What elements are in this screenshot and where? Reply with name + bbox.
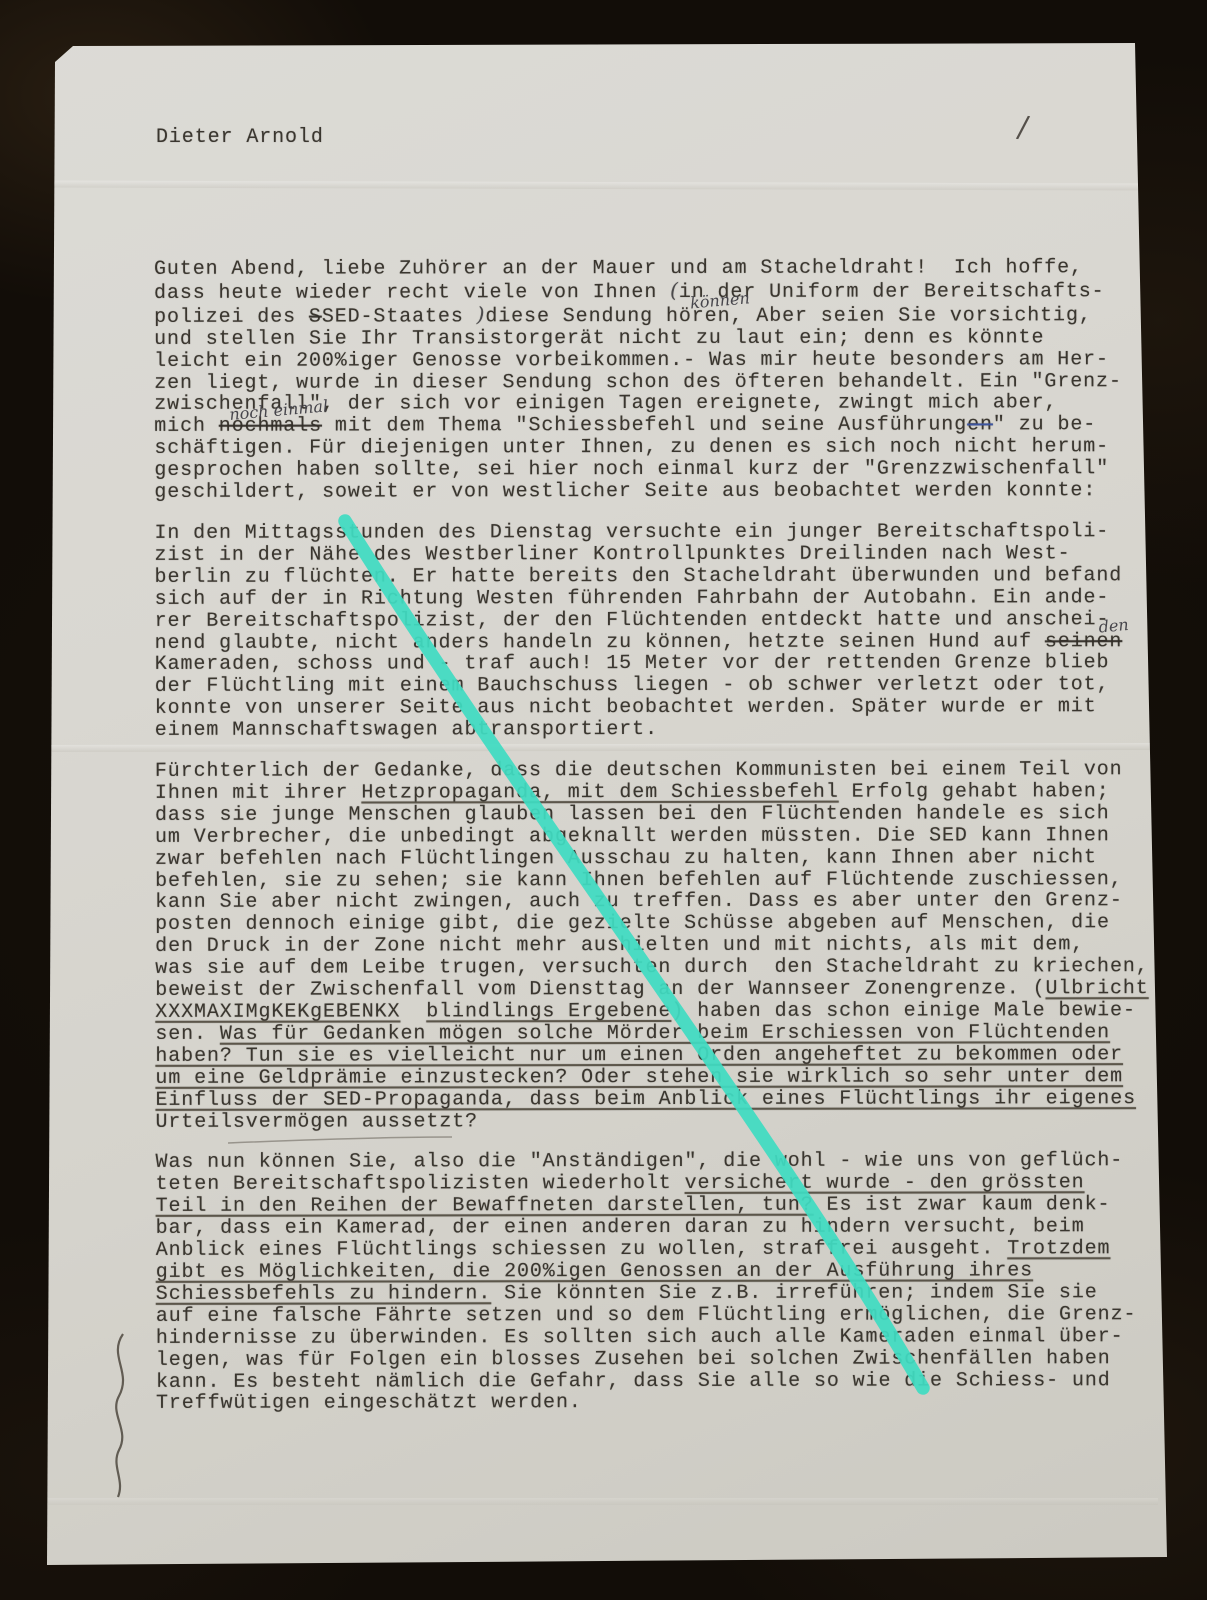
typed-segment: leicht ein 200%iger Genosse vorbeikommen… <box>154 348 1109 373</box>
typed-segment: en <box>967 414 993 437</box>
typed-segment: dass sie junge Menschen glauben lassen b… <box>155 802 1110 827</box>
typed-line: leicht ein 200%iger Genosse vorbeikommen… <box>154 349 1147 373</box>
typed-segment: sen. <box>155 1023 220 1046</box>
typed-line: Schiessbefehls zu hindern. Sie könnten S… <box>156 1282 1149 1306</box>
typed-segment: dass heute wieder recht viele von Ihnen <box>154 281 670 305</box>
typed-line: auf eine falsche Fährte setzen und so de… <box>156 1304 1149 1328</box>
typed-segment: teten Bereitschaftspolizisten wiederholt <box>156 1172 685 1196</box>
typed-segment: Sie könnten Sie z.B. irreführen; indem S… <box>491 1281 1097 1305</box>
typed-line: dass sie junge Menschen glauben lassen b… <box>155 803 1148 827</box>
typed-segment: Aber seien Sie vorsichtig, <box>743 304 1091 328</box>
typed-segment: auf eine falsche Fährte setzen und so de… <box>156 1303 1137 1328</box>
fold-crease <box>48 181 1158 191</box>
typed-segment: schäftigen. Für diejenigen unter Ihnen, … <box>154 435 1109 460</box>
typed-segment: " zu be- <box>993 414 1096 437</box>
typed-line: gesprochen haben sollte, sei hier noch e… <box>154 458 1147 482</box>
typed-line: um Verbrecher, die unbedingt abgeknallt … <box>155 825 1148 849</box>
typed-segment: nochmalsnoch einmal <box>219 415 322 438</box>
typed-line: rer Bereitschaftspolizist, der den Flüch… <box>155 609 1148 633</box>
handwritten-mark: ) <box>477 302 486 326</box>
typed-segment: XXXMAXIMgKEKgEBENKX <box>155 1000 400 1023</box>
typed-segment: Teil in den Reihen der Bewaffneten darst… <box>156 1194 814 1218</box>
paragraph: Guten Abend, liebe Zuhörer an der Mauer … <box>154 257 1148 504</box>
typed-segment: um eine Geldprämie einzustecken? Oder st… <box>155 1065 1123 1090</box>
typed-segment: versichert wurde - den grössten <box>685 1172 1085 1196</box>
typed-line: bar, dass ein Kamerad, der einen anderen… <box>156 1216 1149 1240</box>
typed-line: dass heute wieder recht viele von Ihnen … <box>154 279 1147 305</box>
typed-segment: beweist der Zwischenfall vom Diensttag a… <box>155 977 1045 1002</box>
typed-segment: und stellen Sie Ihr Transistorgerät nich… <box>154 326 1044 351</box>
typed-segment: zwar befehlen nach Flüchtlingen Ausschau… <box>155 846 1097 871</box>
paragraph: Was nun können Sie, also die "Anständige… <box>156 1151 1150 1416</box>
typed-segment: diese Sendung hören,können <box>485 305 743 328</box>
typed-line: kann. Es besteht nämlich die Gefahr, das… <box>156 1370 1149 1394</box>
typed-segment: polizei des <box>154 305 309 328</box>
typed-line: In den Mittagsstunden des Dienstag versu… <box>154 521 1147 545</box>
typed-text: Guten Abend, liebe Zuhörer an der Mauer … <box>154 257 1150 1434</box>
typed-segment: legen, was für Folgen ein blosses Zusehe… <box>156 1347 1111 1372</box>
typed-segment: zist in der Nähe des Westberliner Kontro… <box>154 542 1070 567</box>
typed-segment: rer Bereitschaftspolizist, der den Flüch… <box>155 608 1110 633</box>
typed-segment: Ihnen mit ihrer <box>155 781 361 804</box>
typed-segment: mit dem Thema "Schiessbefehl und seine A… <box>322 414 967 438</box>
typed-segment: was sie auf dem Leibe trugen, versuchten… <box>155 955 1148 980</box>
handwritten-annotation: können <box>689 287 750 314</box>
typed-segment: Erfolg gehabt haben; <box>839 780 1110 803</box>
typed-line: Einfluss der SED-Propaganda, dass beim A… <box>155 1088 1148 1112</box>
fold-crease <box>48 1498 1158 1505</box>
paragraph: In den Mittagsstunden des Dienstag versu… <box>154 521 1148 742</box>
typed-segment: konnte von unserer Seite aus nicht beoba… <box>155 695 1097 720</box>
typed-line: Treffwütigen eingeschätzt werden. <box>156 1392 1149 1416</box>
typed-segment: blindlings Ergebene <box>426 1000 671 1023</box>
typed-segment: mich <box>154 415 219 438</box>
typed-segment: bar, dass ein Kamerad, der einen anderen… <box>156 1215 1085 1240</box>
handwritten-mark: ( <box>670 278 679 302</box>
typed-segment: hindernisse zu überwinden. Es sollten si… <box>156 1325 1124 1350</box>
typed-segment: ) haben das schon einige Male bewie- <box>671 999 1136 1023</box>
typed-line: Guten Abend, liebe Zuhörer an der Mauer … <box>154 257 1147 281</box>
typed-line: berlin zu flüchten. Er hatte bereits den… <box>155 565 1148 589</box>
typed-segment: Guten Abend, liebe Zuhörer an der Mauer … <box>154 256 1083 281</box>
typed-line: Urteilsvermögen aussetzt? <box>155 1110 1148 1134</box>
typed-line: haben? Tun sie es vielleicht nur um eine… <box>155 1044 1148 1068</box>
typed-line: polizei des SSED-Staates )diese Sendung … <box>154 303 1147 329</box>
typed-segment: gibt es Möglichkeiten, die 200%igen Geno… <box>156 1259 1033 1284</box>
typed-segment: Ulbricht <box>1045 977 1148 1000</box>
typed-line: zist in der Nähe des Westberliner Kontro… <box>154 543 1147 567</box>
typed-segment: Urteilsvermögen aussetzt? <box>155 1110 478 1134</box>
typed-line: Ihnen mit ihrer Hetzpropaganda, mit dem … <box>155 781 1148 805</box>
typed-segment: einem Mannschaftswagen abtransportiert. <box>155 718 658 742</box>
author-line: Dieter Arnold <box>156 127 324 149</box>
typed-segment: gesprochen haben sollte, sei hier noch e… <box>154 457 1109 482</box>
typed-line: und stellen Sie Ihr Transistorgerät nich… <box>154 327 1147 351</box>
typed-line: hindernisse zu überwinden. Es sollten si… <box>156 1326 1149 1350</box>
typed-line: legen, was für Folgen ein blosses Zusehe… <box>156 1348 1149 1372</box>
typed-segment: kann. Es besteht nämlich die Gefahr, das… <box>156 1369 1111 1394</box>
typed-segment: Es ist zwar kaum denk- <box>814 1193 1111 1217</box>
typed-segment: um Verbrecher, die unbedingt abgeknallt … <box>155 824 1110 849</box>
typed-segment: Anblick eines Flüchtlings schiessen zu w… <box>156 1237 1008 1261</box>
typed-line: konnte von unserer Seite aus nicht beoba… <box>155 696 1148 720</box>
typed-segment: Schiessbefehls zu hindern. <box>156 1282 491 1306</box>
typed-line: gibt es Möglichkeiten, die 200%igen Geno… <box>156 1260 1149 1284</box>
typed-line: einem Mannschaftswagen abtransportiert. <box>155 718 1148 742</box>
typed-segment: Einfluss der SED-Propaganda, dass beim A… <box>155 1087 1136 1112</box>
typed-line: Fürchterlich der Gedanke, dass die deuts… <box>155 759 1148 783</box>
typed-line: zwar befehlen nach Flüchtlingen Ausschau… <box>155 847 1148 871</box>
typed-line: um eine Geldprämie einzustecken? Oder st… <box>155 1066 1148 1090</box>
typed-line: Anblick eines Flüchtlings schiessen zu w… <box>156 1238 1149 1262</box>
typed-segment: Fürchterlich der Gedanke, dass die deuts… <box>155 758 1123 783</box>
typed-segment: den Druck in der Zone nicht mehr aushiel… <box>155 934 1084 959</box>
typed-segment: sich auf der in Richtung Westen führende… <box>155 586 1110 611</box>
typed-segment: S <box>309 305 322 328</box>
paragraph: Fürchterlich der Gedanke, dass die deuts… <box>155 759 1149 1133</box>
typed-segment: geschildert, soweit er von westlicher Se… <box>154 479 1096 504</box>
typed-segment: In den Mittagsstunden des Dienstag versu… <box>154 520 1109 545</box>
handwritten-annotation: den <box>1097 613 1129 637</box>
typed-segment: Trotzdem <box>1007 1237 1110 1260</box>
typed-segment: Treffwütigen eingeschätzt werden. <box>156 1392 582 1416</box>
typed-segment: seinenden <box>1045 630 1122 653</box>
typed-segment: Hetzpropaganda, mit dem Schiessbefehl <box>361 781 838 805</box>
typed-line: beweist der Zwischenfall vom Diensttag a… <box>155 978 1148 1002</box>
typed-segment: Was für Gedanken mögen solche Mörder bei… <box>220 1021 1110 1046</box>
typed-line: XXXMAXIMgKEKgEBENKX blindlings Ergebene)… <box>155 1000 1148 1024</box>
typed-segment: haben? Tun sie es vielleicht nur um eine… <box>155 1043 1123 1068</box>
typed-segment <box>400 1000 426 1023</box>
typed-segment: berlin zu flüchten. Er hatte bereits den… <box>155 564 1123 589</box>
typed-line: sich auf der in Richtung Westen führende… <box>155 587 1148 611</box>
typed-line: sen. Was für Gedanken mögen solche Mörde… <box>155 1022 1148 1046</box>
typed-line: geschildert, soweit er von westlicher Se… <box>154 480 1147 504</box>
typed-segment: SED-Staates <box>322 305 477 328</box>
